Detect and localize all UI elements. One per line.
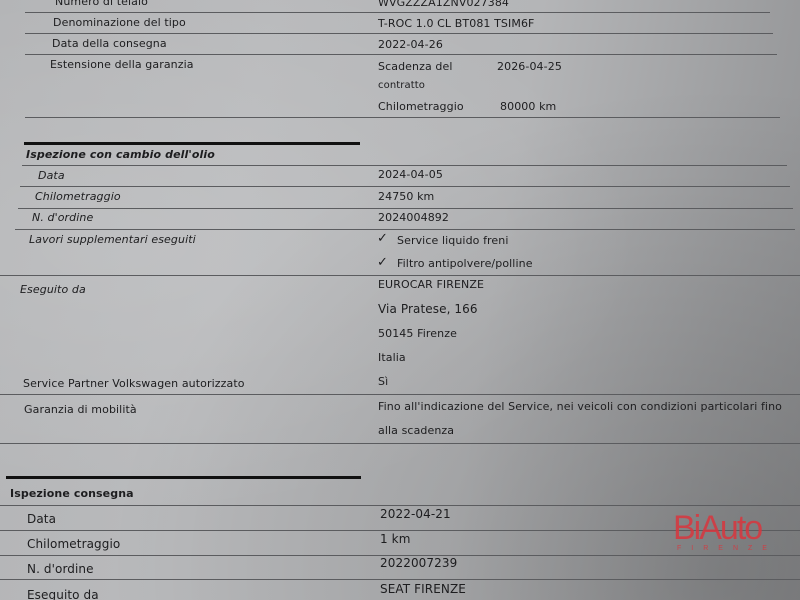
mobility-value-line2: alla scadenza [378,424,454,437]
divider [25,12,770,13]
delivery-date-value: 2022-04-21 [380,507,451,521]
delivery-inspection-title: Ispezione consegna [10,487,134,500]
performed-by-label: Eseguito da [20,283,86,296]
type-value: T-ROC 1.0 CL BT081 TSIM6F [378,17,534,30]
logo-brand: BiAuto [673,512,777,544]
divider [22,165,787,166]
divider [15,229,795,230]
section-rule [24,142,360,145]
vin-label: Numero di telaio [55,0,148,8]
performed-by-name: EUROCAR FIRENZE [378,278,484,291]
partner-label: Service Partner Volkswagen autorizzato [23,377,245,390]
extra-work-item: Filtro antipolvere/polline [397,257,533,270]
oil-km-value: 24750 km [378,190,434,203]
oil-order-value: 2024004892 [378,211,449,224]
divider [0,443,800,444]
oil-date-label: Data [38,169,65,182]
extra-work-item: Service liquido freni [397,234,509,247]
oil-inspection-title: Ispezione con cambio dell'olio [26,148,215,161]
warranty-expiry-label: Scadenza del [378,60,453,73]
divider [18,208,793,209]
warranty-km-label: Chilometraggio [378,100,464,113]
divider [25,117,780,118]
mobility-label: Garanzia di mobilità [24,403,137,416]
performed-by-city: 50145 Firenze [378,327,457,340]
mobility-value-line1: Fino all'indicazione del Service, nei ve… [378,400,782,413]
divider [20,186,790,187]
warranty-contract-label: contratto [378,80,425,91]
warranty-km-value: 80000 km [500,100,556,113]
logo-subtitle: FIRENZE [677,544,777,553]
delivery-date-value: 2022-04-26 [378,38,443,51]
oil-km-label: Chilometraggio [35,190,121,203]
biauto-watermark-logo: BiAuto FIRENZE [673,512,777,553]
delivery-km-value: 1 km [380,532,411,546]
divider [25,33,773,34]
oil-date-value: 2024-04-05 [378,168,443,181]
oil-order-label: N. d'ordine [32,211,93,224]
type-label: Denominazione del tipo [53,16,186,29]
delivery-order-label: N. d'ordine [27,562,94,576]
divider [0,579,800,580]
warranty-extension-label: Estensione della garanzia [50,58,194,71]
divider [0,394,800,395]
delivery-date-label: Data della consegna [52,37,167,50]
partner-value: Sì [378,375,388,388]
delivery-order-value: 2022007239 [380,556,457,570]
delivery-date-label: Data [27,512,56,526]
divider [25,54,777,55]
delivery-performed-by-label: Eseguito da [27,588,99,600]
delivery-km-label: Chilometraggio [27,537,120,551]
check-icon: ✓ [377,231,388,246]
divider [0,275,800,276]
warranty-expiry-value: 2026-04-25 [497,60,562,73]
performed-by-street: Via Pratese, 166 [378,302,478,316]
vin-value: WVGZZZA1ZNV027384 [378,0,509,9]
delivery-performed-by-value: SEAT FIRENZE [380,582,466,596]
section-rule [6,476,361,479]
performed-by-country: Italia [378,351,406,364]
divider [0,505,800,506]
extra-work-label: Lavori supplementari eseguiti [29,233,196,246]
check-icon: ✓ [377,255,388,270]
